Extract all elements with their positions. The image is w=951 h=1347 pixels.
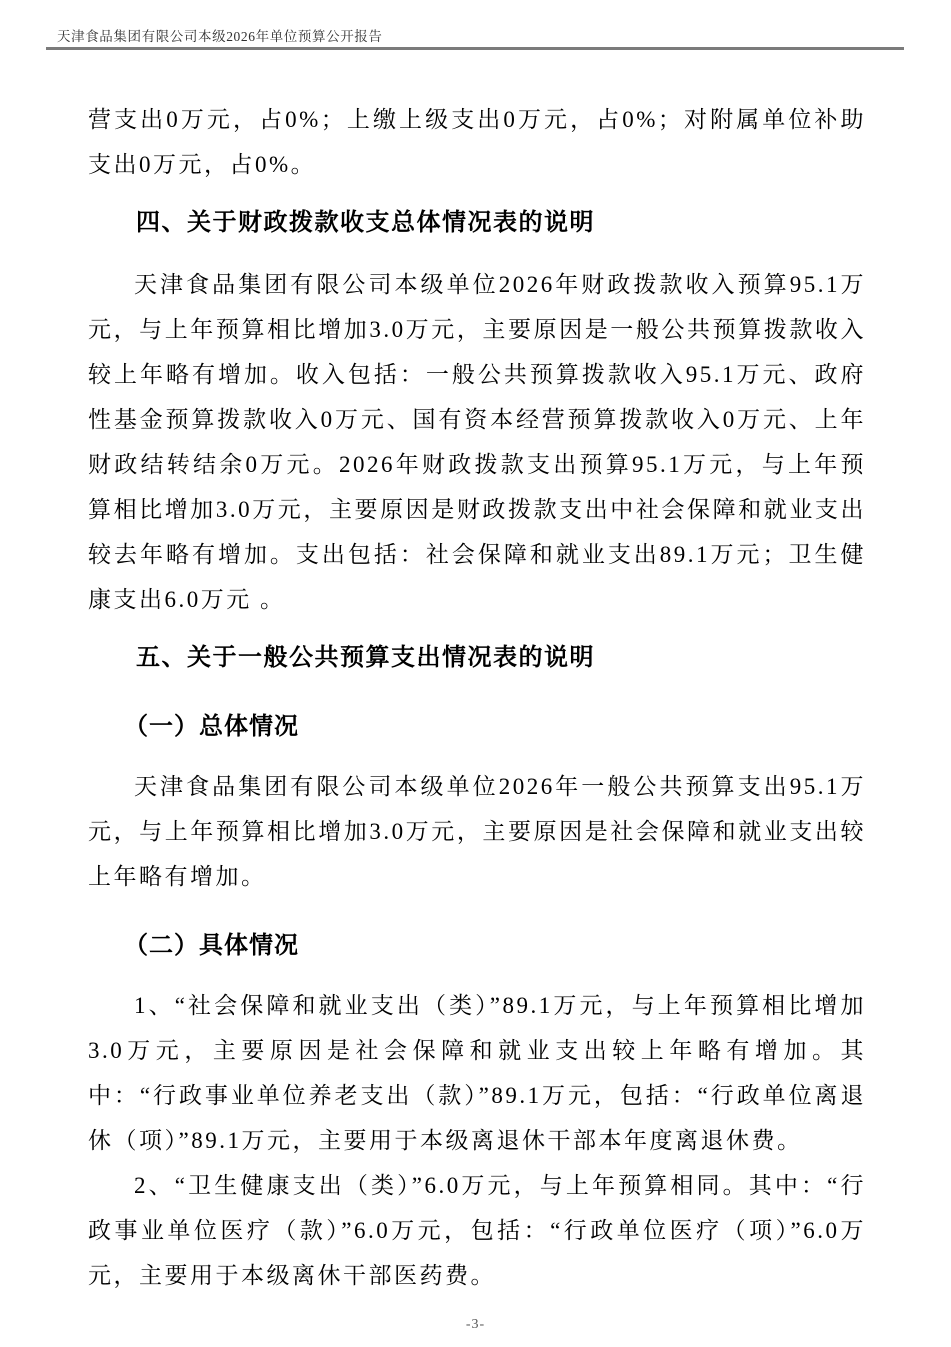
header-title: 天津食品集团有限公司本级2026年单位预算公开报告 [57,29,383,44]
subsection-2-heading: （二）具体情况 [88,924,866,969]
paragraph-continuation: 营支出0万元，占0%；上缴上级支出0万元，占0%；对附属单位补助支出0万元，占0… [88,97,866,187]
section-4-heading: 四、关于财政拨款收支总体情况表的说明 [88,200,866,245]
section-4-paragraph: 天津食品集团有限公司本级单位2026年财政拨款收入预算95.1万元，与上年预算相… [88,262,866,622]
page-number: -3- [0,1317,951,1333]
subsection-1-heading: （一）总体情况 [88,705,866,750]
document-body: 营支出0万元，占0%；上缴上级支出0万元，占0%；对附属单位补助支出0万元，占0… [88,97,866,1298]
header-divider [46,47,904,50]
subsection-2-item-1: 1、“社会保障和就业支出（类）”89.1万元，与上年预算相比增加3.0万元，主要… [88,983,866,1163]
document-page: 天津食品集团有限公司本级2026年单位预算公开报告 营支出0万元，占0%；上缴上… [0,0,951,1347]
section-5-heading: 五、关于一般公共预算支出情况表的说明 [88,635,866,680]
subsection-1-paragraph: 天津食品集团有限公司本级单位2026年一般公共预算支出95.1万元，与上年预算相… [88,764,866,899]
document-header: 天津食品集团有限公司本级2026年单位预算公开报告 [57,25,383,45]
subsection-2-item-2: 2、“卫生健康支出（类）”6.0万元，与上年预算相同。其中：“行政事业单位医疗（… [88,1163,866,1298]
